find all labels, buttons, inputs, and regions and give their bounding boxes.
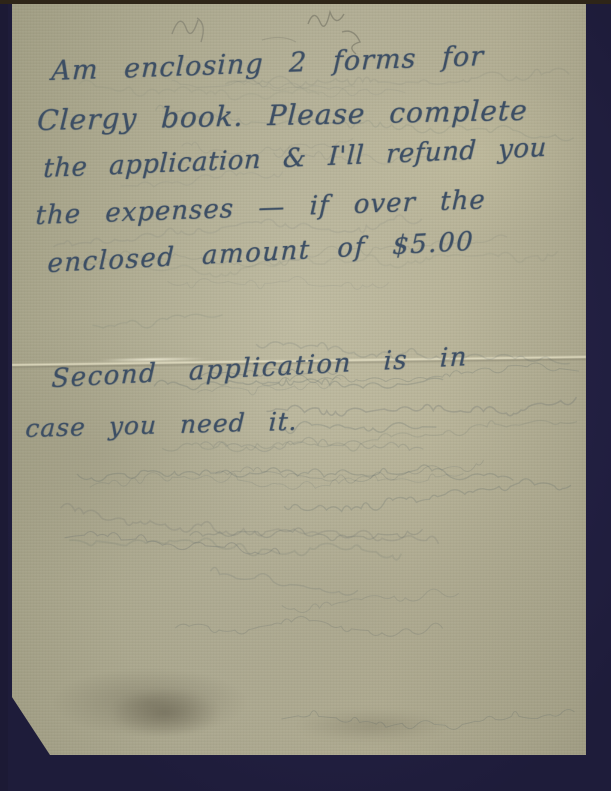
handwriting-line: enclosed amount of $5.00: [47, 227, 475, 279]
handwriting-line: Am enclosing 2 forms for: [51, 41, 485, 87]
handwriting-line: the application & I'll refund you: [43, 133, 548, 184]
handwriting-line: case you need it.: [25, 407, 299, 443]
handwriting-line: Clergy book. Please complete: [36, 94, 528, 137]
scanned-document: Am enclosing 2 forms for Clergy book. Pl…: [0, 0, 611, 791]
paper-sheet: Am enclosing 2 forms for Clergy book. Pl…: [12, 4, 586, 755]
handwriting-line: the expenses — if over the: [35, 185, 486, 231]
handwriting-line: Second application is in: [51, 342, 468, 394]
corner-fold: [12, 697, 50, 755]
stain-smudge: [90, 680, 240, 746]
stain-smudge-light: [272, 704, 472, 748]
